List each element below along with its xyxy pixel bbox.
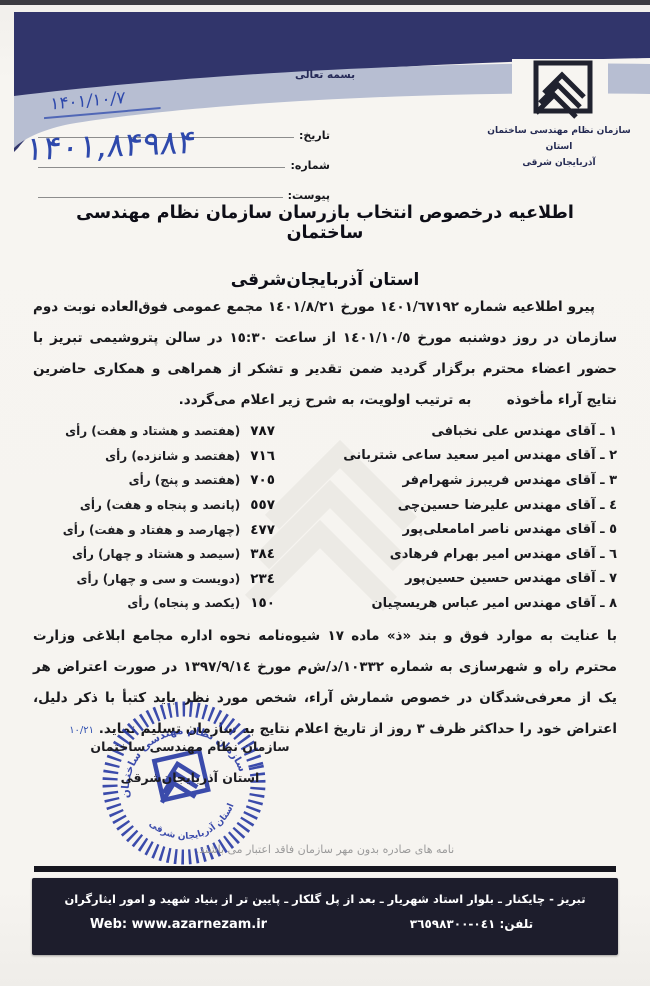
footer-website: Web: www.azarnezam.ir (32, 917, 325, 932)
vote-count: ٤٧٧ (250, 522, 275, 538)
vote-count: ٧١٦ (250, 448, 275, 464)
validity-footnote: نامه های صادره بدون مهر سازمان فاقد اعتب… (0, 843, 650, 856)
vote-count-words: (چهارصد و هفتاد و هفت) رأی (63, 523, 241, 537)
vote-count-words: (یکصد و پنجاه) رأی (127, 596, 240, 610)
letter-page: بسمه تعالی سازمان نظام مهندسی ساختمان اس… (0, 0, 650, 986)
announcement-title: اطلاعیه درخصوص انتخاب بازرسان سازمان نظا… (40, 203, 610, 290)
vote-count-words: (دویست و سی و چهار) رأی (77, 572, 241, 586)
attachment-blank-line (38, 196, 283, 198)
title-line2: استان آذربایجان‌شرقی (40, 270, 610, 290)
vote-count-words: (پانصد و پنجاه و هفت) رأی (80, 498, 240, 512)
number-blank-line (38, 166, 285, 168)
phone-number: ٠٤١-٣٦٥٩٨٣٠٠ (410, 917, 496, 931)
vote-count: ٧٠٥ (250, 472, 275, 488)
table-row: ٨ ـ آقای مهندس امیر عباس هریسچیان ١٥٠(یک… (33, 591, 617, 616)
candidate-name: ٦ ـ آقای مهندس امیر بهرام فرهادی (289, 547, 617, 562)
table-row: ٥ ـ آقای مهندس ناصر امامعلی‌پور ٤٧٧(چهار… (33, 517, 617, 542)
vote-count: ١٥٠ (250, 595, 275, 611)
footer-separator (34, 866, 616, 872)
vote-count-words: (هفتصد و پنج) رأی (129, 473, 241, 487)
organization-logo (517, 59, 607, 121)
candidate-name: ١ ـ آقای مهندس علی نخبافی (289, 424, 617, 439)
table-row: ٧ ـ آقای مهندس حسین حسین‌پور ٢٣٤(دویست و… (33, 567, 617, 592)
organization-name-line1: سازمان نظام مهندسی ساختمان استان (475, 123, 643, 155)
signature-block: سازمان نظام مهندسی ساختمان استان آذربایج… (86, 731, 294, 793)
body-outro-line: به ترتیب اولویت، به شرح زیر اعلام می‌گرد… (33, 385, 617, 416)
organization-name-line2: آذربایجان شرقی (475, 155, 643, 171)
vote-count-words: (هفتصد و هشتاد و هفت) رأی (65, 424, 240, 438)
organization-name: سازمان نظام مهندسی ساختمان استان آذربایج… (475, 123, 643, 171)
candidate-name: ٨ ـ آقای مهندس امیر عباس هریسچیان (289, 596, 617, 611)
number-label: شماره: (290, 159, 330, 172)
table-row: ٦ ـ آقای مهندس امیر بهرام فرهادی ٣٨٤(سیص… (33, 542, 617, 567)
table-row: ٢ ـ آقای مهندس امیر سعید ساعی شتربانی ٧١… (33, 444, 617, 469)
date-label: تاریخ: (299, 129, 330, 142)
candidate-name: ٧ ـ آقای مهندس حسین حسین‌پور (289, 571, 617, 586)
attachment-field: پیوست: (38, 172, 330, 202)
table-row: ٣ ـ آقای مهندس فریبرز شهرام‌فر ٧٠٥(هفتصد… (33, 468, 617, 493)
table-row: ١ ـ آقای مهندس علی نخبافی ٧٨٧(هفتصد و هش… (33, 419, 617, 444)
footer-phone: تلفن: ٠٤١-٣٦٥٩٨٣٠٠ (325, 917, 618, 932)
vote-count-words: (سیصد و هشتاد و چهار) رأی (72, 547, 240, 561)
signature-line1: سازمان نظام مهندسی ساختمان (86, 731, 294, 762)
signature-line2: استان آذربایجان‌شرقی (86, 762, 294, 793)
title-line1: اطلاعیه درخصوص انتخاب بازرسان سازمان نظا… (40, 203, 610, 243)
footer-bar: تبریز - چایکنار ـ بلوار استاد شهریار ـ ب… (32, 878, 618, 955)
phone-label: تلفن: (500, 917, 534, 931)
vote-count: ٥٥٧ (250, 497, 275, 513)
vote-count: ٧٨٧ (250, 423, 275, 439)
footer-address: تبریز - چایکنار ـ بلوار استاد شهریار ـ ب… (32, 892, 618, 906)
table-row: ٤ ـ آقای مهندس علیرضا حسین‌چی ٥٥٧(پانصد … (33, 493, 617, 518)
candidate-name: ٥ ـ آقای مهندس ناصر امامعلی‌پور (289, 522, 617, 537)
vote-count: ٣٨٤ (250, 546, 275, 562)
candidate-name: ٣ ـ آقای مهندس فریبرز شهرام‌فر (289, 473, 617, 488)
candidate-name: ٤ ـ آقای مهندس علیرضا حسین‌چی (289, 498, 617, 513)
results-list: ١ ـ آقای مهندس علی نخبافی ٧٨٧(هفتصد و هش… (33, 419, 617, 616)
vote-count-words: (هفتصد و شانزده) رأی (105, 449, 240, 463)
attachment-label: پیوست: (288, 189, 330, 202)
candidate-name: ٢ ـ آقای مهندس امیر سعید ساعی شتربانی (289, 448, 617, 463)
vote-count: ٢٣٤ (250, 571, 275, 587)
logo-square-chevrons-icon (524, 60, 600, 120)
